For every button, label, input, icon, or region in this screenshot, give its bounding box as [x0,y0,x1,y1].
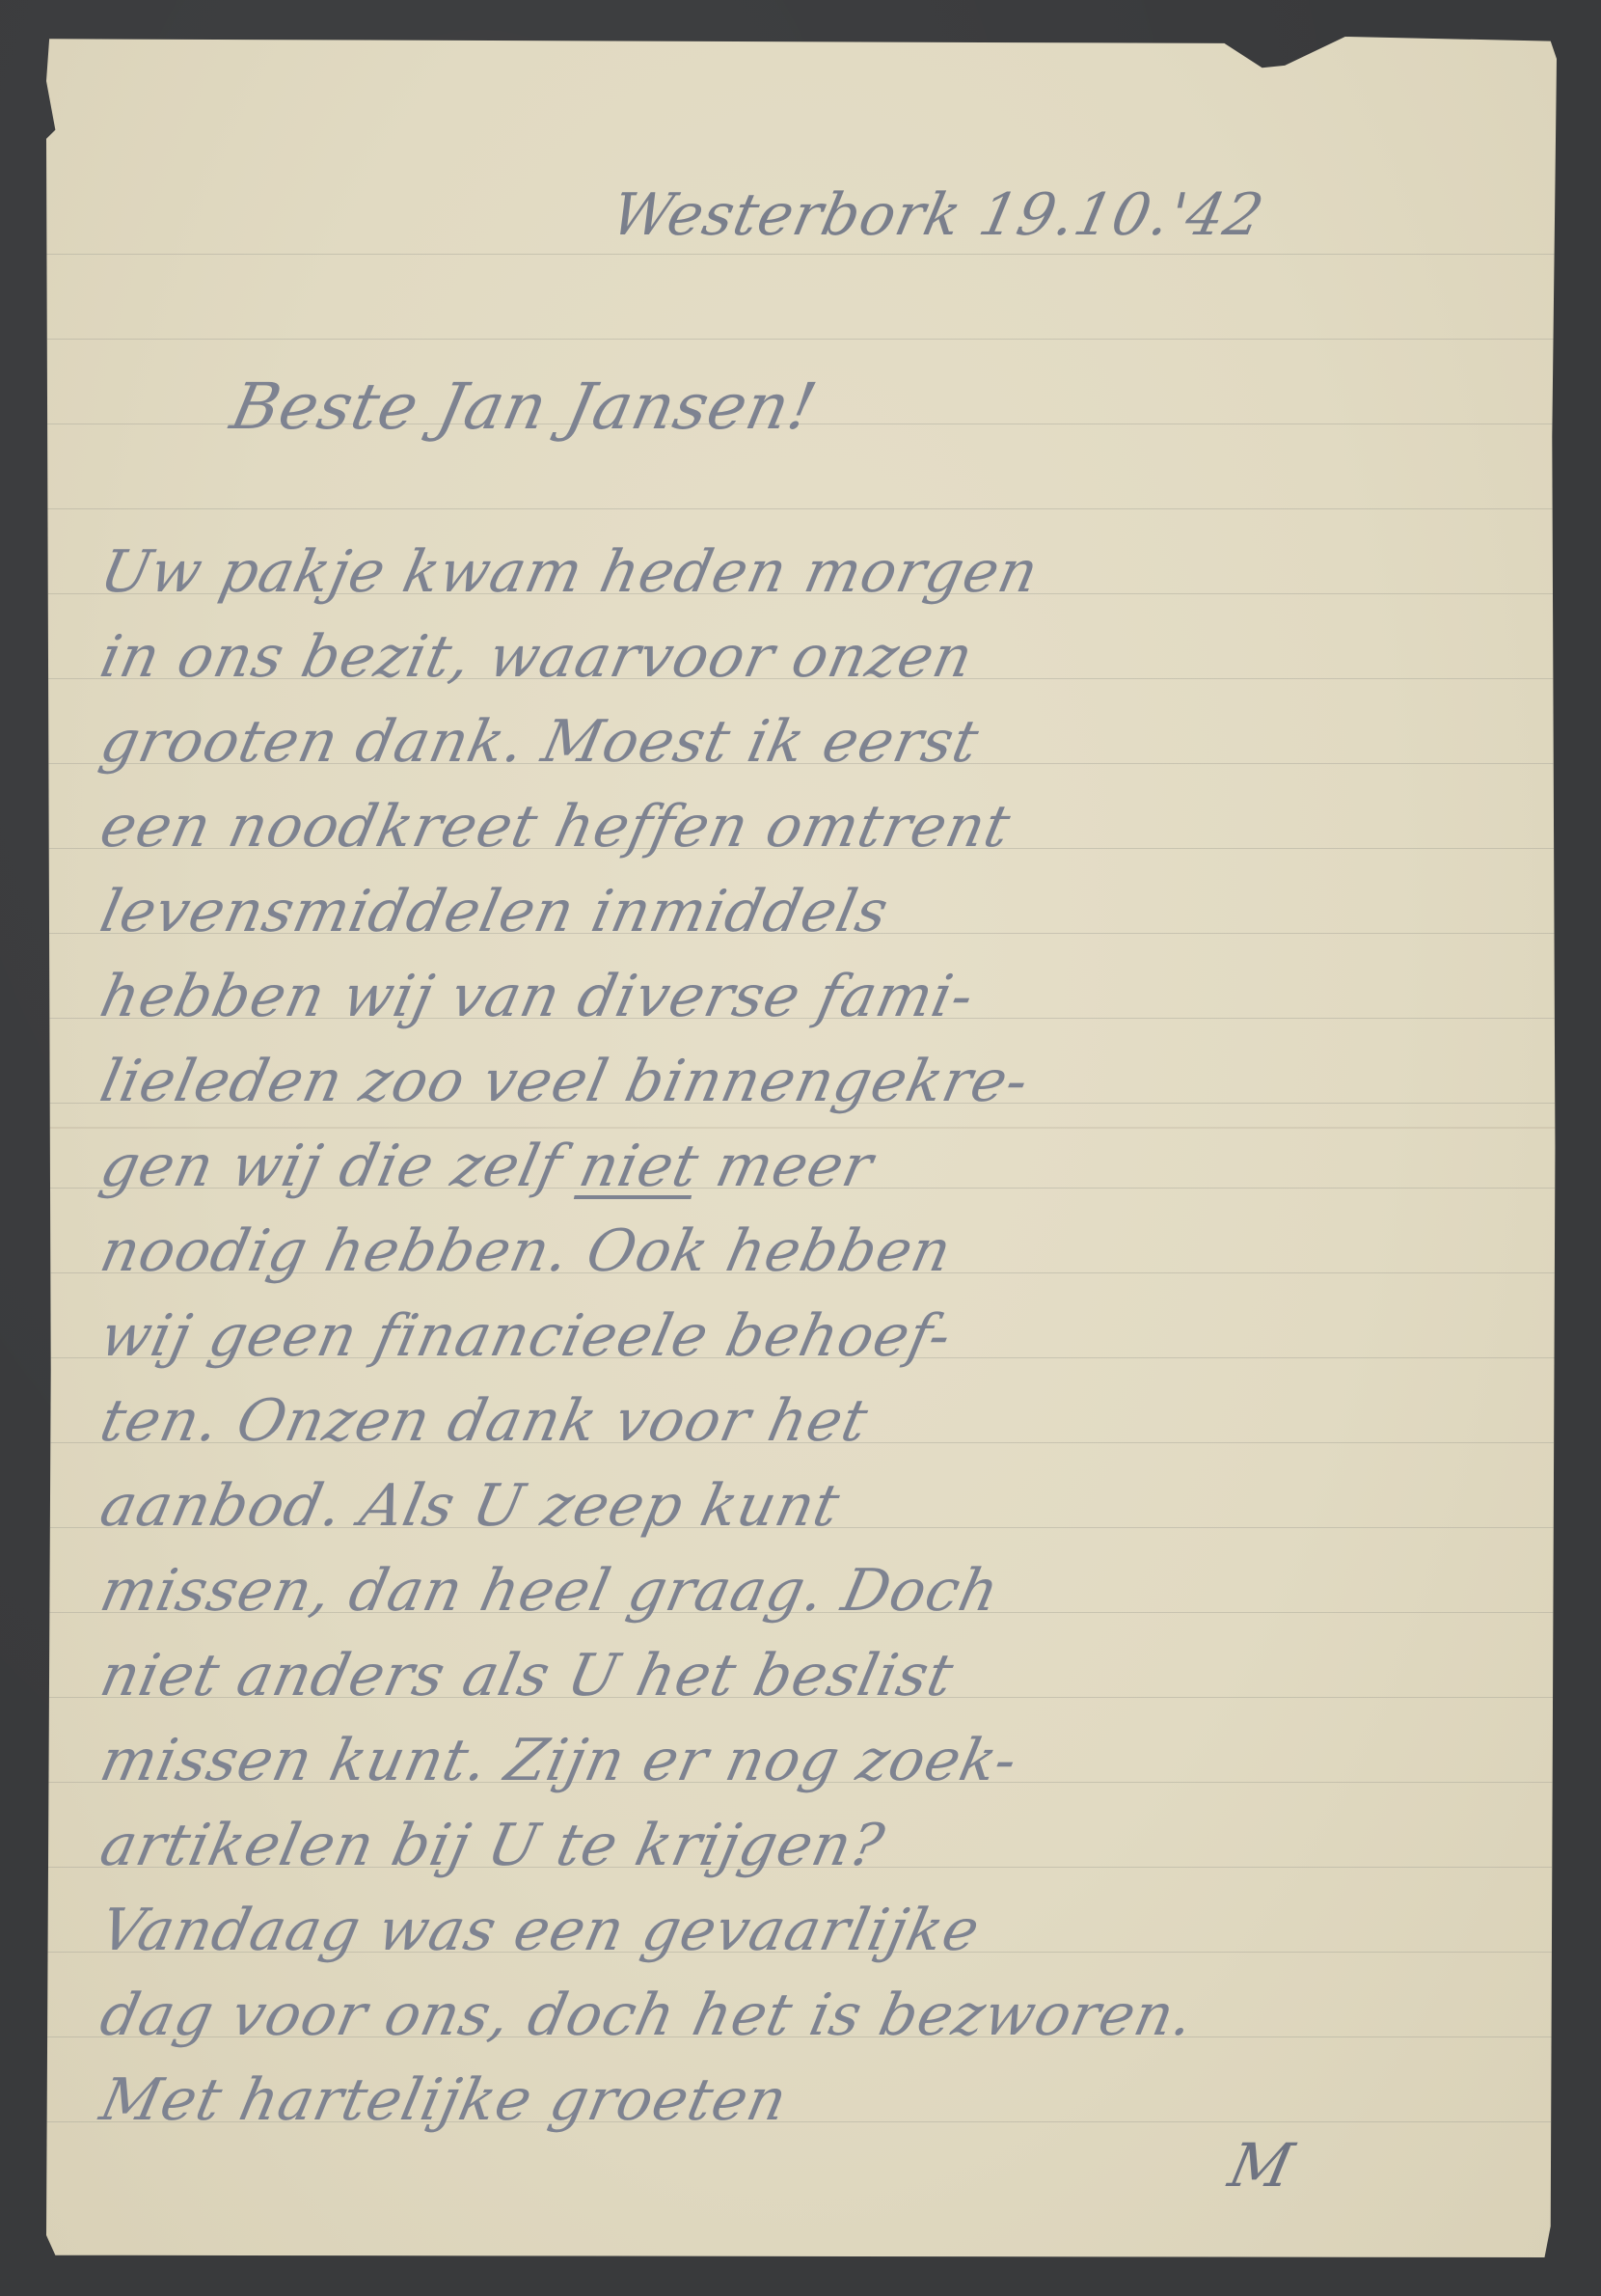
letter-line: niet anders als U het beslist [95,1642,960,1709]
underlined-word: niet [574,1133,705,1200]
letter-line: levensmiddelen inmiddels [95,878,894,945]
letter-line: missen kunt. Zijn er nog zoek- [95,1727,1023,1794]
letter-sheet: Westerbork 19.10.'42 Beste Jan Jansen! U… [46,37,1557,2257]
letter-line: Vandaag was een gevaarlijke [95,1897,986,1964]
letter-line: aanbod. Als U zeep kunt [95,1472,846,1540]
letter-place-date: Westerbork 19.10.'42 [606,181,1270,249]
letter-line: grooten dank. Moest ik eerst [95,708,985,776]
letter-line: artikelen bij U te krijgen? [95,1812,890,1879]
letter-line-text: gen wij die zelf [95,1133,568,1200]
letter-line-text: meer [710,1133,879,1200]
letter-line: dag voor ons, doch het is bezworen. [95,1982,1200,2049]
letter-closing: Met hartelijke groeten [95,2066,794,2134]
letter-line: ten. Onzen dank voor het [95,1387,874,1455]
letter-line: hebben wij van diverse fami- [95,963,980,1030]
letter-line: missen, dan heel graag. Doch [95,1557,1005,1625]
letter-line: gen wij die zelf niet meer [95,1133,880,1200]
letter-greeting: Beste Jan Jansen! [225,369,824,444]
letter-line: lieleden zoo veel binnengekre- [95,1048,1035,1115]
paper-fold [46,1127,1557,1129]
letter-line: Uw pakje kwam heden morgen [95,538,1045,606]
letter-line: wij geen financieele behoef- [95,1302,958,1370]
letter-line: een noodkreet heffen omtrent [95,793,1017,861]
letter-line: noodig hebben. Ook hebben [95,1217,958,1285]
letter-line: in ons bezit, waarvoor onzen [95,623,979,691]
